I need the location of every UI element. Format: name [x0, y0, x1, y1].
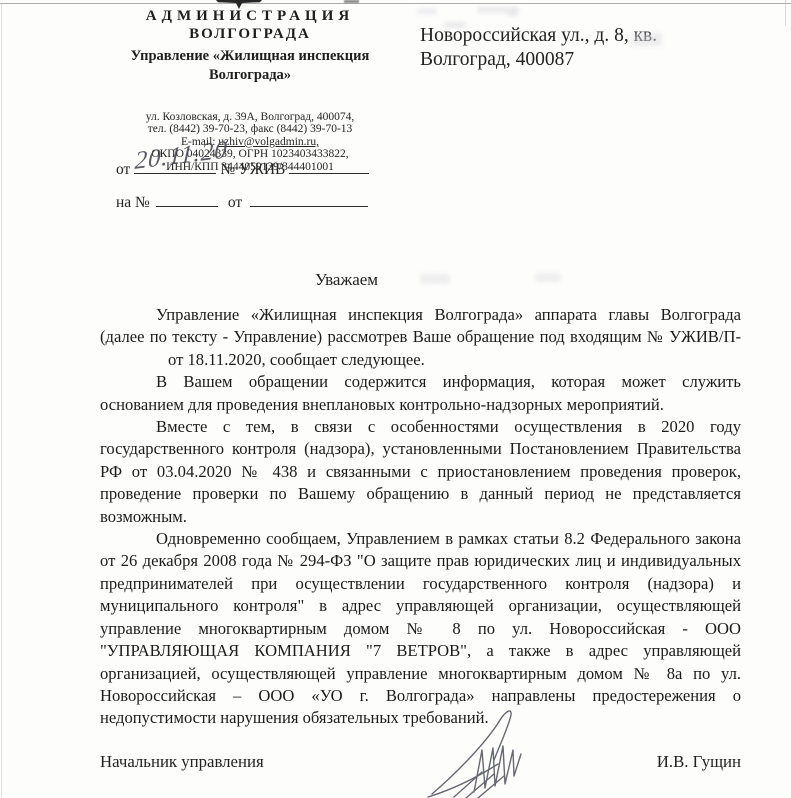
scan-artifact — [344, 0, 359, 3]
incoming-reference-line: на №от — [116, 193, 416, 212]
scan-edge-right — [785, 0, 786, 26]
scan-edge-top — [0, 3, 791, 4]
department-name-line2: Волгограда» — [209, 67, 291, 83]
redacted-apartment-number — [632, 33, 662, 46]
number-blank-line — [289, 160, 369, 174]
redacted-text — [444, 22, 466, 28]
paragraph-1-text-continued: от 18.11.2020, сообщает следующее. — [168, 350, 425, 369]
reply-date-blank-line — [250, 193, 368, 207]
paragraph-3: Вместе с тем, в связи с особенностями ос… — [100, 416, 741, 528]
reply-number-blank-line — [156, 193, 218, 207]
signer-position: Начальник управления — [100, 752, 264, 772]
handwritten-signature — [424, 706, 576, 798]
redacted-text — [417, 9, 437, 14]
department-name-line1: Управление «Жилищная инспекция — [131, 48, 370, 64]
letter-body: Управление «Жилищная инспекция Волгоград… — [100, 304, 741, 730]
scanned-letter-page: АДМИНИСТРАЦИЯ ВОЛГОГРАДА Управление «Жил… — [0, 0, 791, 798]
paragraph-1-text: Управление «Жилищная инспекция Волгоград… — [100, 305, 741, 346]
recipient-city: Волгоград, 400087 — [420, 48, 780, 72]
org-name-line2: ВОЛГОГРАДА — [100, 26, 400, 43]
reference-block: от№ УЖИВ 20.11.20 на №от — [116, 160, 416, 212]
redacted-addressee-name — [420, 274, 450, 284]
from-label: от — [116, 161, 130, 178]
reply-number-label: на № — [116, 194, 150, 211]
recipient-street: Новороссийская ул., д. 8, кв. — [420, 24, 780, 48]
signer-name: И.В. Гущин — [657, 752, 741, 772]
org-name-line1: АДМИНИСТРАЦИЯ — [100, 7, 400, 25]
paragraph-4: Одновременно сообщаем, Управлением в рам… — [100, 528, 741, 730]
redacted-text — [508, 11, 518, 16]
letterhead-address: ул. Козловская, д. 39А, Волгоград, 40007… — [100, 111, 400, 123]
letterhead-phone-fax: тел. (8442) 39-70-23, факс (8442) 39-70-… — [100, 123, 400, 135]
redacted-addressee-name — [535, 273, 561, 282]
email-address: uzhiv@volgadmin.ru, — [218, 136, 319, 148]
redacted-incoming-number — [100, 364, 168, 365]
scan-edge-left — [1, 3, 2, 798]
outgoing-number-prefix: № УЖИВ — [220, 161, 285, 178]
department-name: Управление «Жилищная инспекция Волгоград… — [100, 47, 400, 85]
paragraph-1: Управление «Жилищная инспекция Волгоград… — [100, 304, 741, 371]
outgoing-reference-line: от№ УЖИВ 20.11.20 — [116, 160, 416, 179]
paragraph-2: В Вашем обращении содержится информация,… — [100, 371, 741, 416]
reply-from-label: от — [228, 194, 242, 211]
recipient-address-block: Новороссийская ул., д. 8, кв. Волгоград,… — [420, 24, 780, 72]
signature-row: Начальник управления И.В. Гущин — [100, 752, 741, 772]
salutation: Уважаем — [315, 270, 378, 290]
